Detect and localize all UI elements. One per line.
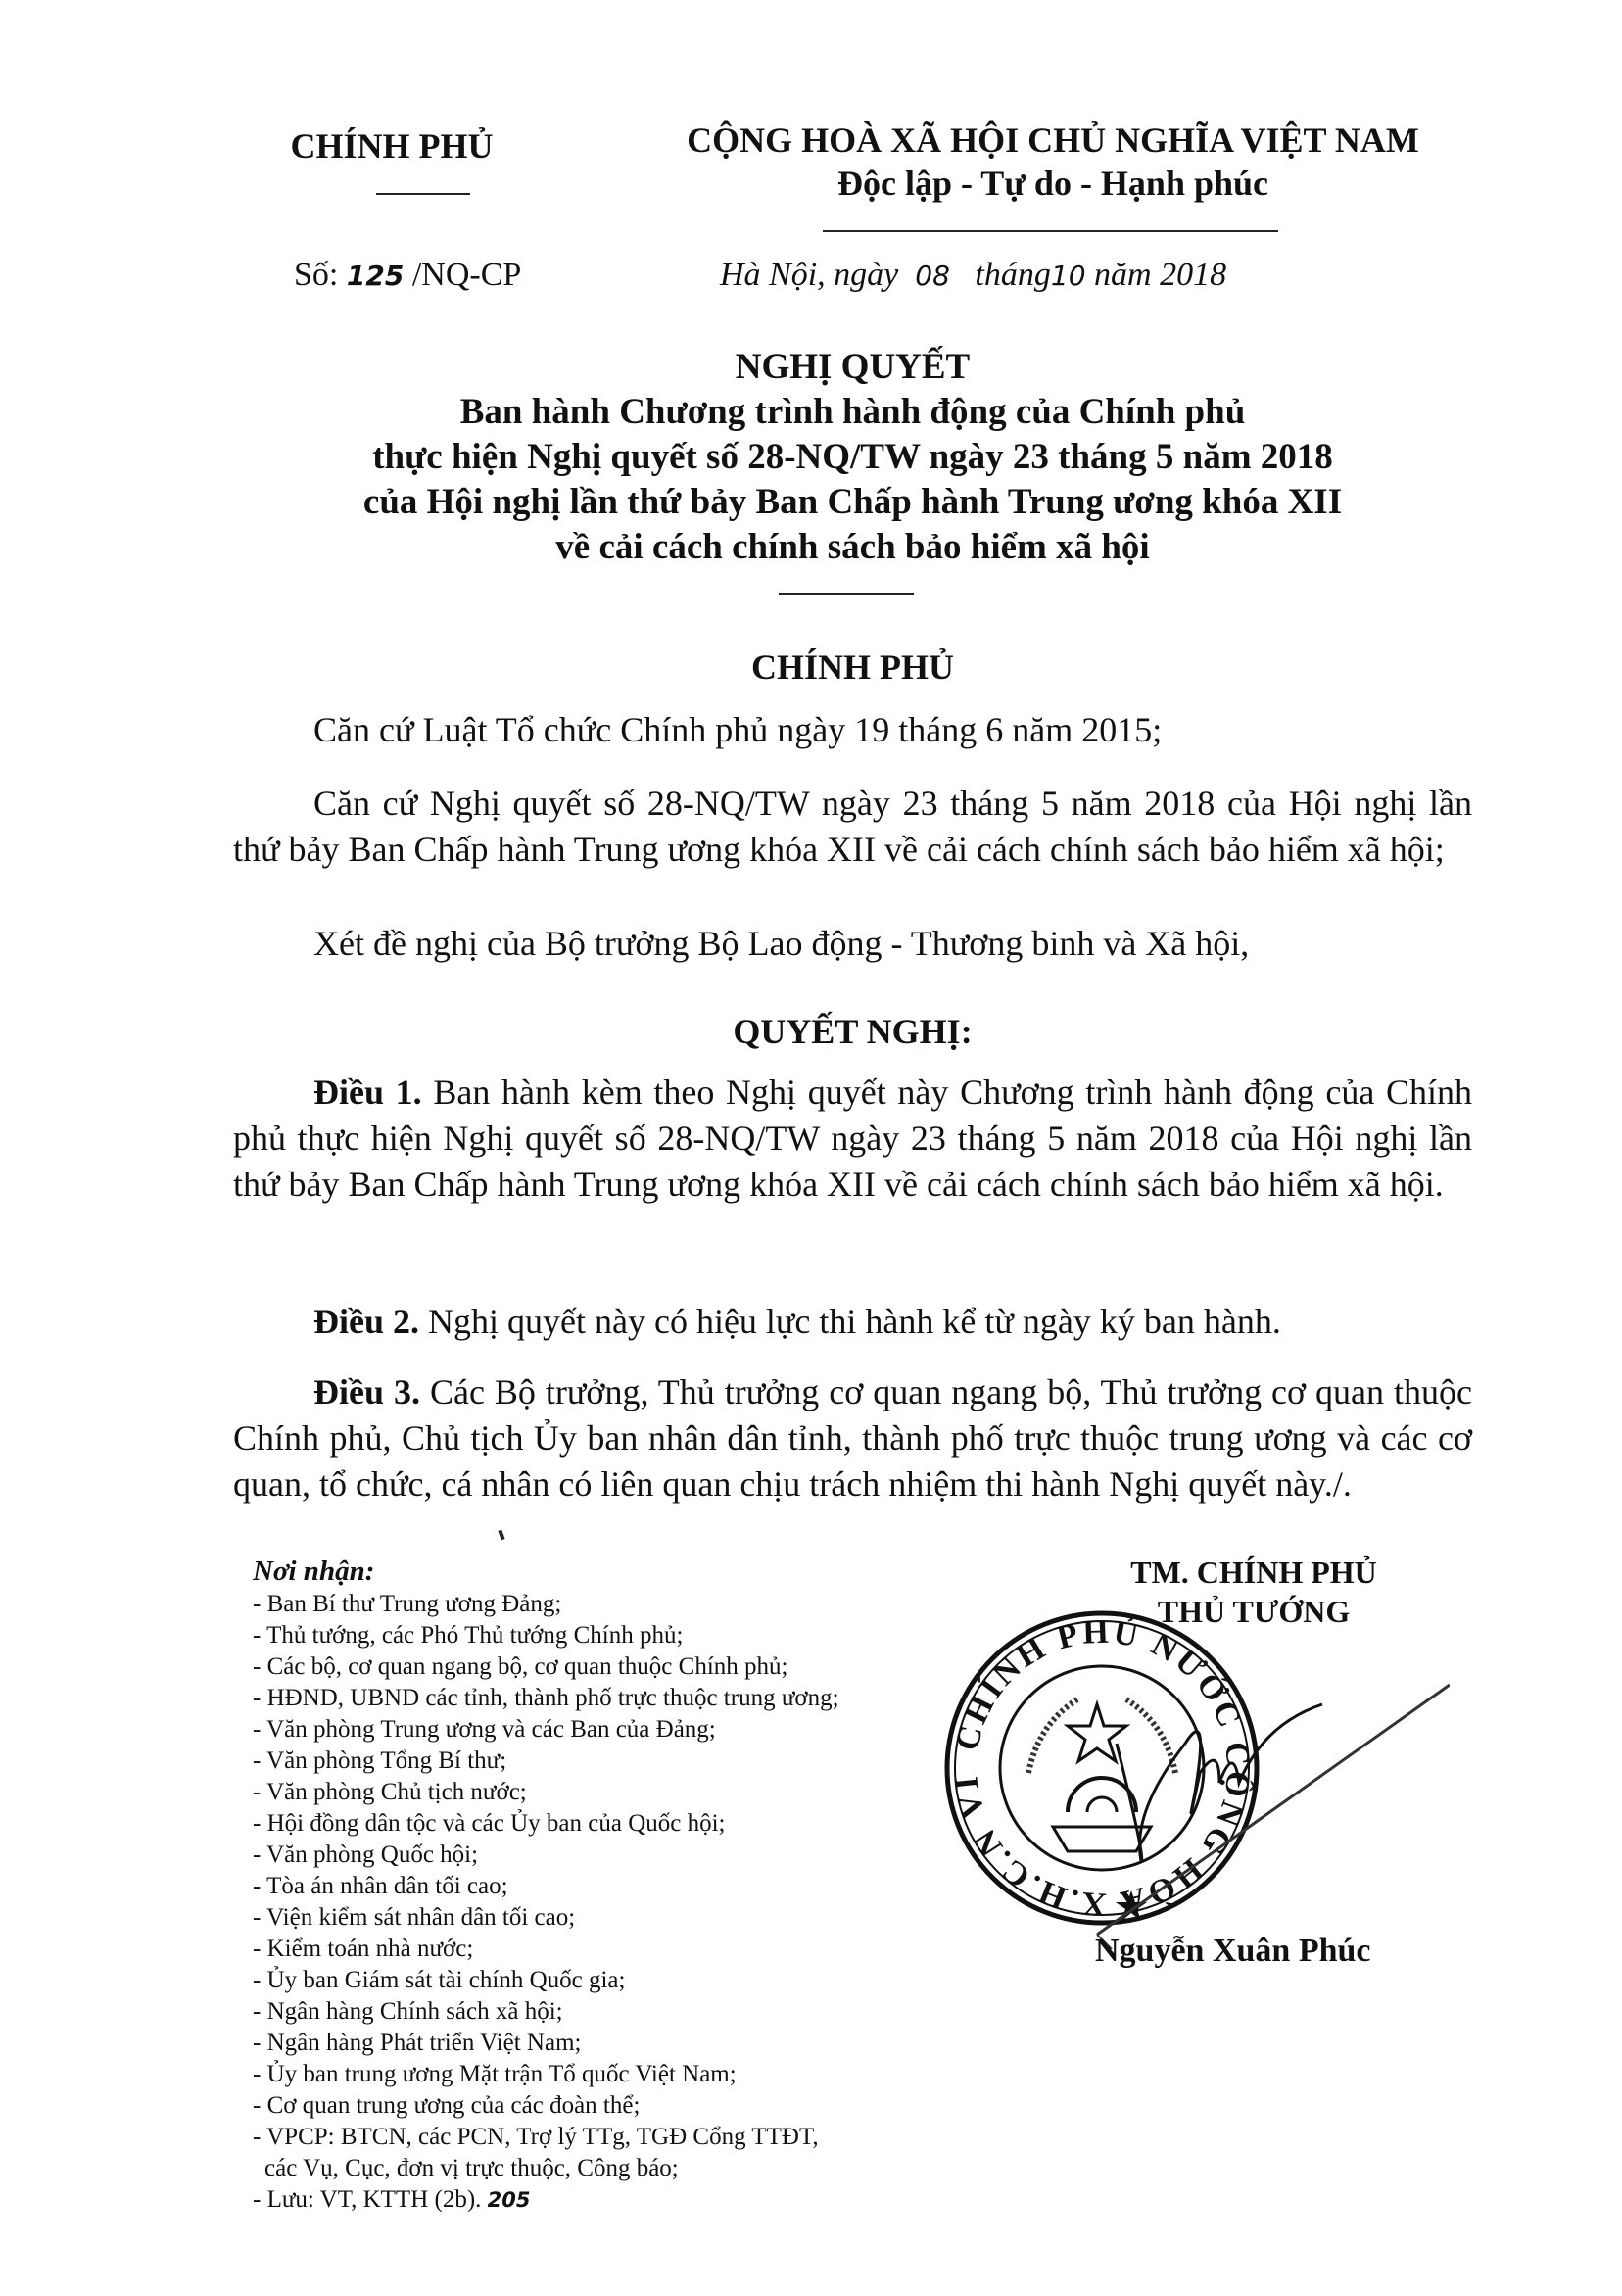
recipients-list: Nơi nhận: - Ban Bí thư Trung ương Đảng;-… [253,1554,997,2216]
document-number-label: Số: [294,257,338,293]
recipient-item: - HĐND, UBND các tỉnh, thành phố trực th… [253,1683,997,1714]
on-behalf-label: TM. CHÍNH PHỦ [1068,1553,1440,1592]
archive-handwritten: 205 [488,2188,531,2212]
recipient-item: - Ủy ban trung ương Mặt trận Tổ quốc Việ… [253,2059,997,2090]
article-label: Điều 1. [313,1073,422,1112]
article-2: Điều 2. Nghị quyết này có hiệu lực thi h… [233,1299,1472,1345]
recipient-item: - Cơ quan trung ương của các đoàn thể; [253,2090,997,2122]
date-day: 08 [915,260,950,292]
recipient-item: - VPCP: BTCN, các PCN, Trợ lý TTg, TGĐ C… [253,2122,997,2153]
national-motto: Độc lập - Tự do - Hạnh phúc [676,163,1430,204]
recipient-item: - Ngân hàng Phát triển Việt Nam; [253,2028,997,2059]
place-prefix: Hà Nội, ngày [720,257,898,293]
recipient-item: - Ban Bí thư Trung ương Đảng; [253,1589,997,1620]
article-3: Điều 3. Các Bộ trưởng, Thủ trưởng cơ qua… [233,1369,1472,1507]
document-number: Số: 125 /NQ-CP [294,257,521,294]
year-label: năm 2018 [1094,257,1226,293]
recipient-item: - Kiểm toán nhà nước; [253,1934,997,1965]
recipient-item: - Hội đồng dân tộc và các Ủy ban của Quố… [253,1808,997,1840]
document-type: NGHỊ QUYẾT [233,345,1472,390]
title-line: Ban hành Chương trình hành động của Chín… [233,390,1472,435]
place-date: Hà Nội, ngày 08 tháng10 năm 2018 [720,257,1226,294]
issuer-divider [376,193,470,195]
recipient-item: - Văn phòng Chủ tịch nước; [253,1777,997,1808]
motto-divider [823,230,1278,232]
date-month: 10 [1051,260,1086,292]
recipient-item: - Văn phòng Tổng Bí thư; [253,1746,997,1777]
document-number-suffix: /NQ-CP [412,257,521,293]
scan-mark [498,1530,504,1541]
title-line: về cải cách chính sách bảo hiểm xã hội [233,525,1472,570]
recipient-item: - Ngân hàng Chính sách xã hội; [253,1996,997,2028]
preamble-paragraph: Căn cứ Nghị quyết số 28-NQ/TW ngày 23 th… [233,781,1472,873]
decision-heading: QUYẾT NGHỊ: [233,1011,1472,1052]
article-label: Điều 2. [313,1302,419,1341]
recipients-title: Nơi nhận: [253,1554,997,1589]
archive-line: - Lưu: VT, KTTH (2b). 205 [253,2184,997,2216]
recipient-item: - Thủ tướng, các Phó Thủ tướng Chính phủ… [253,1620,997,1651]
article-1: Điều 1. Ban hành kèm theo Nghị quyết này… [233,1070,1472,1208]
archive-text: - Lưu: VT, KTTH (2b). [253,2186,481,2213]
article-text: Nghị quyết này có hiệu lực thi hành kể t… [419,1302,1281,1341]
recipient-item: - Văn phòng Trung ương và các Ban của Đả… [253,1714,997,1746]
preamble-paragraph: Căn cứ Luật Tổ chức Chính phủ ngày 19 th… [233,707,1472,753]
title-line: của Hội nghị lần thứ bảy Ban Chấp hành T… [233,480,1472,525]
month-label: tháng [975,257,1050,293]
title-divider [779,593,914,595]
document-title: NGHỊ QUYẾT Ban hành Chương trình hành độ… [233,345,1472,570]
nation-name: CỘNG HOÀ XÃ HỘI CHỦ NGHĨA VIỆT NAM [676,120,1430,161]
document-number-value: 125 [347,260,404,292]
handwritten-signature-icon [1038,1665,1450,1949]
recipient-item-continuation: các Vụ, Cục, đơn vị trực thuộc, Công báo… [253,2153,997,2184]
issuer-name: CHÍNH PHỦ [284,125,500,167]
recipient-item: - Các bộ, cơ quan ngang bộ, cơ quan thuộ… [253,1651,997,1683]
preamble-paragraph: Xét đề nghị của Bộ trưởng Bộ Lao động - … [233,921,1472,967]
recipient-items: - Ban Bí thư Trung ương Đảng;- Thủ tướng… [253,1589,997,2153]
recipient-item: - Viện kiểm sát nhân dân tối cao; [253,1902,997,1934]
recipient-item: - Văn phòng Quốc hội; [253,1840,997,1871]
signer-name: Nguyễn Xuân Phúc [1095,1933,1371,1970]
article-label: Điều 3. [313,1372,420,1411]
recipient-item: - Ủy ban Giám sát tài chính Quốc gia; [253,1965,997,1996]
title-line: thực hiện Nghị quyết số 28-NQ/TW ngày 23… [233,435,1472,480]
recipient-item: - Tòa án nhân dân tối cao; [253,1871,997,1902]
authority-heading: CHÍNH PHỦ [233,646,1472,688]
